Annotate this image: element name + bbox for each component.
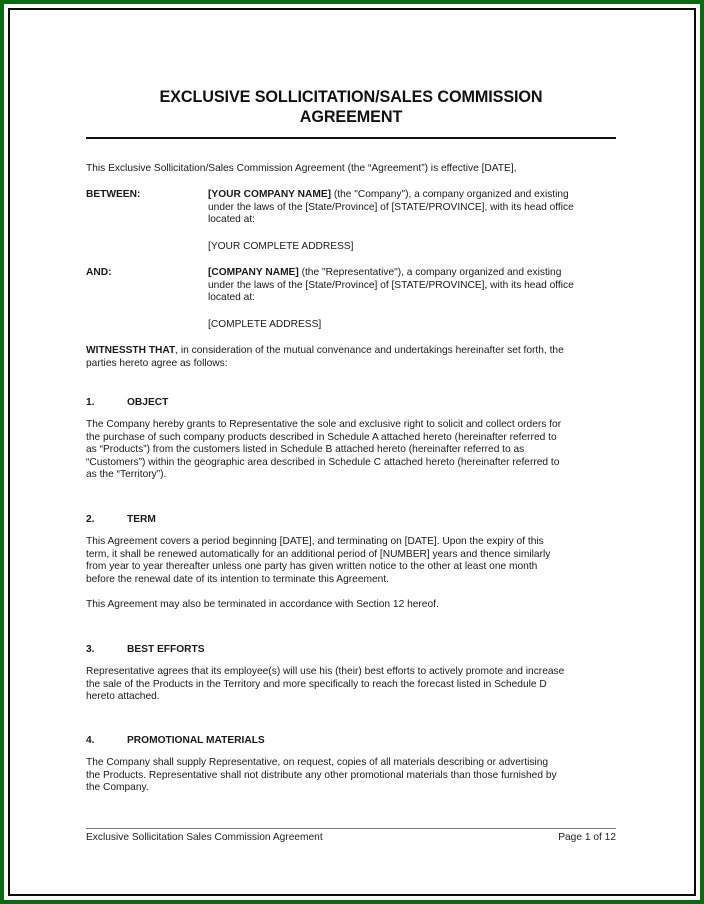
- paragraph-line: the Company.: [86, 782, 618, 795]
- title-line-2: AGREEMENT: [86, 108, 616, 128]
- party-description: [COMPANY NAME] (the "Representative"), a…: [208, 267, 618, 305]
- paragraph-line: before the renewal date of its intention…: [86, 574, 618, 587]
- party-text-line: located at:: [208, 214, 618, 227]
- section-paragraph: This Agreement covers a period beginning…: [86, 536, 618, 586]
- title-line-1: EXCLUSIVE SOLLICITATION/SALES COMMISSION: [86, 88, 616, 108]
- section-title: TERM: [127, 514, 156, 527]
- section-heading: 2.TERM: [86, 514, 618, 527]
- party-text-line: located at:: [208, 292, 618, 305]
- party-text-line: under the laws of the [State/Province] o…: [208, 202, 618, 215]
- paragraph-line: This Agreement covers a period beginning…: [86, 536, 618, 549]
- section-title: BEST EFFORTS: [127, 644, 205, 657]
- paragraph-line: the Products. Representative shall not d…: [86, 770, 618, 783]
- party-text-line: under the laws of the [State/Province] o…: [208, 280, 618, 293]
- section-number: 4.: [86, 735, 95, 748]
- section-number: 2.: [86, 514, 95, 527]
- witness-text: , in consideration of the mutual convena…: [175, 345, 564, 356]
- intro-paragraph: This Exclusive Sollicitation/Sales Commi…: [86, 163, 616, 176]
- section-paragraph: The Company hereby grants to Representat…: [86, 419, 618, 482]
- section-4: 4.PROMOTIONAL MATERIALSThe Company shall…: [86, 735, 618, 748]
- party-description: [YOUR COMPANY NAME] (the "Company"), a c…: [208, 189, 618, 227]
- section-2: 2.TERMThis Agreement covers a period beg…: [86, 514, 618, 527]
- footer-page-number: Page 1 of 12: [452, 832, 616, 843]
- section-paragraph: This Agreement may also be terminated in…: [86, 599, 618, 612]
- party-address: [COMPLETE ADDRESS]: [208, 319, 321, 332]
- section-paragraph: Representative agrees that its employee(…: [86, 666, 618, 704]
- party-text-line: (the "Company"), a company organized and…: [331, 189, 569, 200]
- paragraph-line: term, it shall be renewed automatically …: [86, 549, 618, 562]
- witness-lead: WITNESSTH THAT: [86, 345, 175, 356]
- paragraph-line: The Company hereby grants to Representat…: [86, 419, 618, 432]
- section-heading: 3.BEST EFFORTS: [86, 644, 618, 657]
- paragraph-line: “Customers”) within the geographic area …: [86, 457, 618, 470]
- section-paragraph: The Company shall supply Representative,…: [86, 757, 618, 795]
- paragraph-line: The Company shall supply Representative,…: [86, 757, 618, 770]
- party-name: [COMPANY NAME]: [208, 267, 299, 278]
- party-label: AND:: [86, 267, 111, 280]
- section-number: 3.: [86, 644, 95, 657]
- section-title: OBJECT: [127, 397, 168, 410]
- title-divider: [86, 137, 616, 139]
- paragraph-line: Representative agrees that its employee(…: [86, 666, 618, 679]
- paragraph-line: the sale of the Products in the Territor…: [86, 679, 618, 692]
- paragraph-line: as “Products”) from the customers listed…: [86, 444, 618, 457]
- section-1: 1.OBJECTThe Company hereby grants to Rep…: [86, 397, 618, 410]
- party-name: [YOUR COMPANY NAME]: [208, 189, 331, 200]
- section-title: PROMOTIONAL MATERIALS: [127, 735, 265, 748]
- paragraph-line: from year to year thereafter unless one …: [86, 561, 618, 574]
- section-3: 3.BEST EFFORTSRepresentative agrees that…: [86, 644, 618, 657]
- party-label: BETWEEN:: [86, 189, 140, 202]
- paragraph-line: This Agreement may also be terminated in…: [86, 599, 618, 612]
- paragraph-line: as the “Territory”).: [86, 469, 618, 482]
- footer-document-name: Exclusive Sollicitation Sales Commission…: [86, 832, 323, 843]
- section-heading: 4.PROMOTIONAL MATERIALS: [86, 735, 618, 748]
- party-address: [YOUR COMPLETE ADDRESS]: [208, 241, 354, 254]
- section-heading: 1.OBJECT: [86, 397, 618, 410]
- paragraph-line: hereto attached.: [86, 691, 618, 704]
- witness-text: parties hereto agree as follows:: [86, 358, 616, 371]
- footer-divider: [86, 828, 616, 829]
- paragraph-line: the purchase of such company products de…: [86, 432, 618, 445]
- document-title: EXCLUSIVE SOLLICITATION/SALES COMMISSION…: [86, 88, 616, 127]
- section-number: 1.: [86, 397, 95, 410]
- party-text-line: (the "Representative"), a company organi…: [299, 267, 562, 278]
- witness-clause: WITNESSTH THAT, in consideration of the …: [86, 345, 616, 370]
